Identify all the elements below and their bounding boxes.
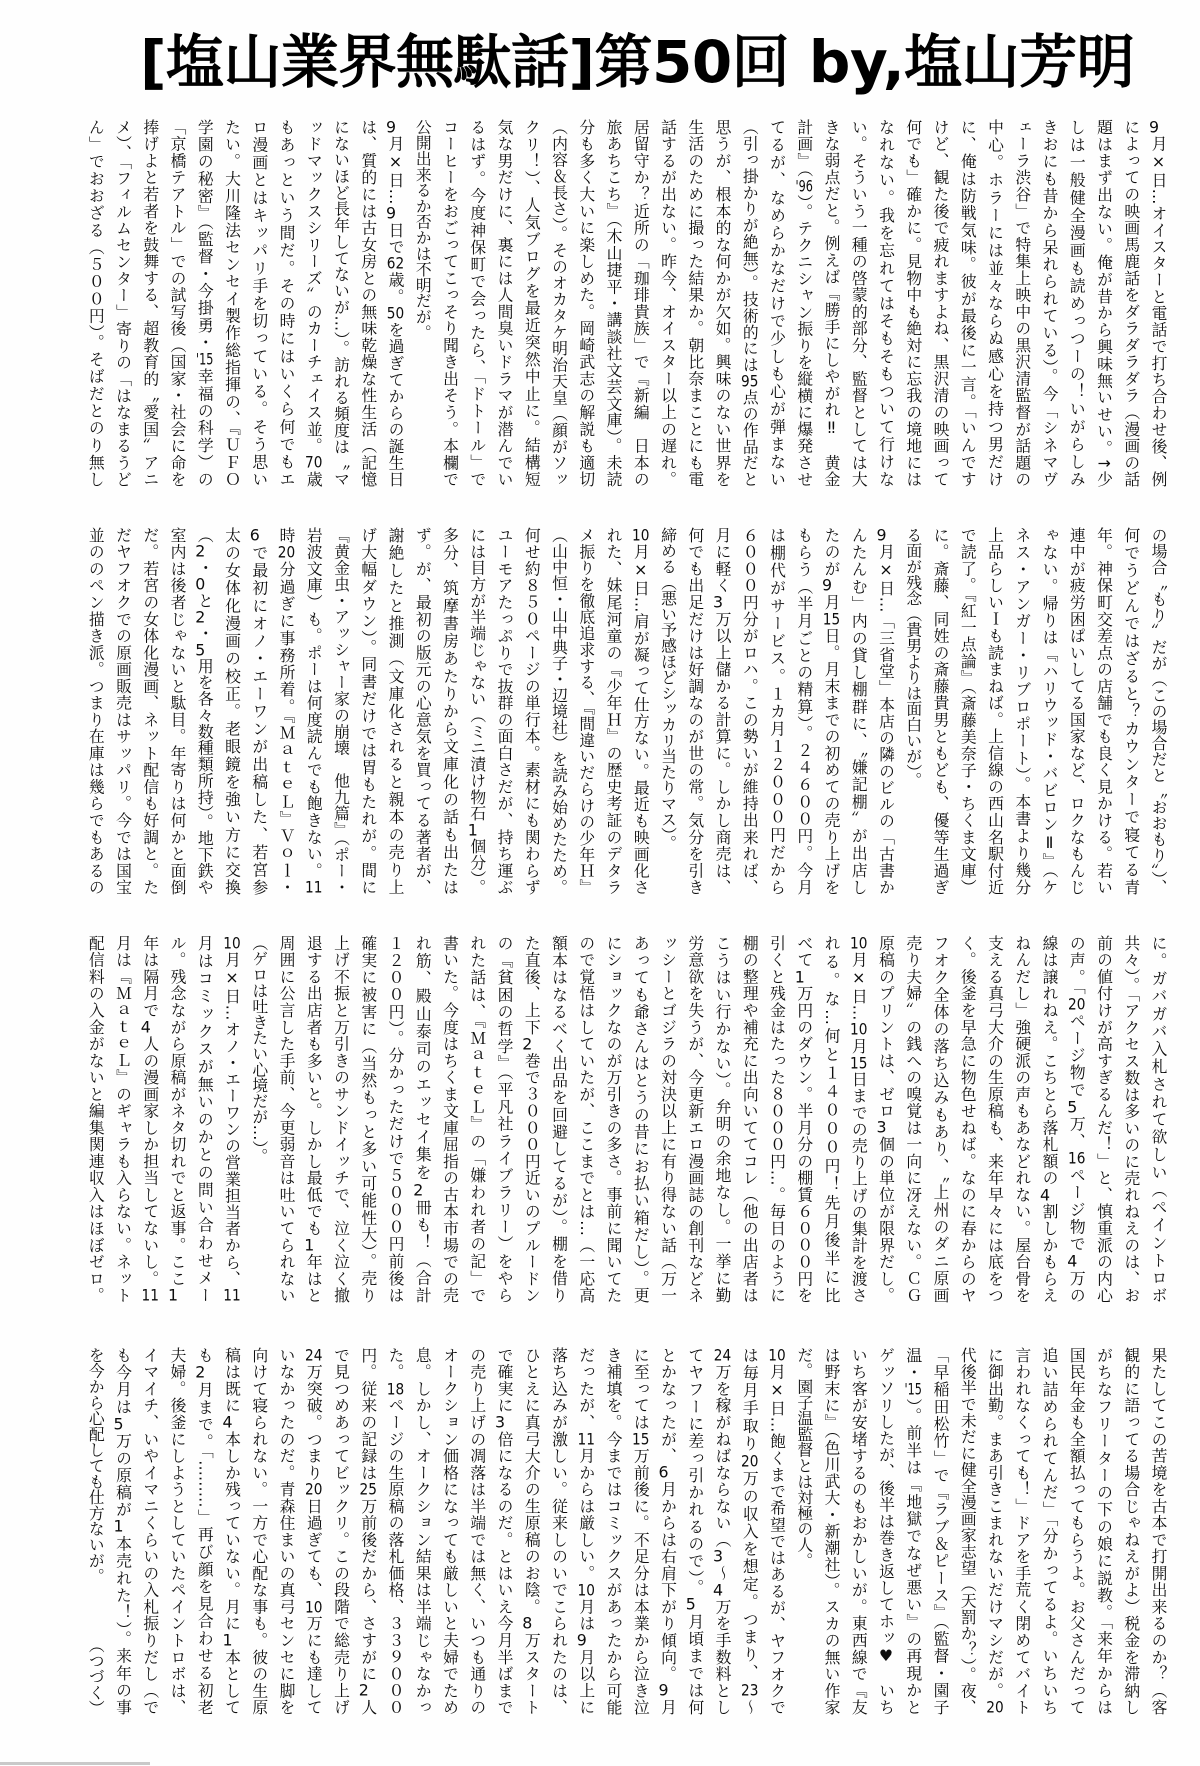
text-column: けど、観た後で疲れますよね、黒沢清の映画って [927, 119, 954, 487]
text-column: （山中恒・山中典子・辺境社）を読み始めたため。 [545, 527, 572, 895]
upright-number: 95 [740, 373, 759, 389]
text-column: 9月×日…オイスターと電話で打ち合わせ後、例 [1145, 119, 1172, 487]
text-column: 国民年金も全額払ってもらうよ。お父さんだって [1063, 1347, 1090, 1715]
upright-number: 23 [740, 1682, 759, 1700]
text-column: 原稿のプリントは、ゼロ3個の単位が限界だし。 [872, 935, 899, 1303]
upright-number: 2 [413, 1182, 432, 1200]
text-column: いなかったのだ。青森住まいの真弓センセに脚を [273, 1347, 300, 1715]
text-column: ネス・アンガー・リブロポート）。本書より幾分 [1009, 527, 1036, 895]
text-column: ので覚悟はしていたが、ここまでとは…（一応高 [573, 935, 600, 1303]
text-column: ユーモアたっぷりで抜群の面白さだが、持ち運ぶ [491, 527, 518, 895]
text-column: コーヒーをおごってこっそり聞き出そう。本欄で [436, 119, 463, 487]
upright-number: 1 [795, 969, 814, 986]
text-column: 学園の秘密』（監督・今掛勇・'15幸福の科学）の [191, 119, 218, 487]
upright-number: 0 [195, 576, 214, 592]
text-column: に至っては15万前後に。不足分は本業から泣き泣 [627, 1347, 654, 1715]
text-column: 多分、筑摩書房あたりから文庫化の話も出たは [436, 527, 463, 895]
text-column: 周囲に公言した手前、今更弱音は吐いてられない [273, 935, 300, 1303]
text-column: こうはい行かない）。弁明の余地なし。一挙に勤 [709, 935, 736, 1303]
upright-number: 20 [277, 544, 296, 561]
upright-number: 11 [577, 1431, 596, 1448]
text-column: 10月×日…肩が凝って仕方ない。最近も映画化さ [627, 527, 654, 895]
text-column: 24万を稼がねばならない（3～4万を手数料とし [709, 1347, 736, 1715]
text-column: 上品らしいＩも読まねば。上信線の西山名駅付近 [981, 527, 1008, 895]
upright-number: '15 [904, 1381, 923, 1398]
text-column: も2月まで。「………」再び顔を見合わせる初老 [191, 1347, 218, 1715]
text-column: 『黄金虫・アッシャー家の崩壊 他九篇』（ポー・ [327, 527, 354, 895]
upright-number: 5 [686, 1596, 705, 1613]
text-column: 退する出店者も多いと。しかし最低でも1年はと [300, 935, 327, 1303]
text-column: 共々）。「アクセス数は多いのに売れねえのは、お [1118, 935, 1145, 1303]
text-column: 旅あちこち』（木山捷平・講談社文芸文庫）。未読 [600, 119, 627, 487]
text-column: 果たしてこの苦境を古本で打開出来るのか？（客 [1145, 1347, 1172, 1715]
text-tier: に。ガバガバ入札されて欲しい（ペイントロボ 共々）。「アクセス数は多いのに売れね… [82, 935, 1172, 1303]
text-column: げ大幅ダウン）。同書だけでは胃もたれが。間に [355, 527, 382, 895]
text-column: れた話は、『ＭａｔｅＬ』の「嫌われ者の記」で [464, 935, 491, 1303]
text-column: 10月×日…飽くまで希望ではあるが、ヤフオクで [763, 1347, 790, 1715]
upright-number: 9 [386, 119, 405, 136]
text-column: は、質的には古女房との無味乾燥な性生活（記憶 [355, 119, 382, 487]
text-column: あっても爺さんはとうの昔にお払い箱だし）。更 [627, 935, 654, 1303]
text-column: とかなったが、6月からは右肩下がり傾向。9月 [654, 1347, 681, 1715]
text-column: は野末に』（色川武大・新潮社）。スカの無い作家 [818, 1347, 845, 1715]
text-column: 温・'15）。前半は『地獄でなぜ悪い』の再現かと [900, 1347, 927, 1715]
upright-number: 3 [713, 1548, 732, 1565]
text-column: 計画』（'96）。テクニシャン振りを縦横に爆発させ [791, 119, 818, 487]
text-column: に。ガバガバ入札されて欲しい（ペイントロボ [1145, 935, 1172, 1303]
text-column: 連中が疲労困ぱいしてる国家など、ロクなもんじ [1063, 527, 1090, 895]
upright-number: 3 [713, 594, 732, 611]
text-column: 題はまず出ない。俺が昔から興味無いせい。↑少 [1090, 119, 1117, 487]
upright-number: 9 [822, 577, 841, 594]
text-column: 話するが出ない。昨今、オイスター以上の遅れ。 [654, 119, 681, 487]
text-column: 前の値付けが高すぎるんだ！」と、慎重派の内心 [1090, 935, 1117, 1303]
text-column: の声。「20ページ物で5万、16ページ物で4万の [1063, 935, 1090, 1303]
text-column: もあっという間だ。その時にはいくら何でもエ [273, 119, 300, 487]
text-column: 代後半で未だに健全漫画家志望（天罰か？）。夜、 [954, 1347, 981, 1715]
text-column: の場合〝もり〟だが（この場合だと〝おおもり〟）、 [1145, 527, 1172, 895]
text-column: ゃない。帰りは『ハリウッド・バビロンⅡ』（ケ [1036, 527, 1063, 895]
text-column: た。18ページの生原稿の落札価格、３３９０００ [382, 1347, 409, 1715]
text-column: 「早稲田松竹」で『ラブ＆ピース』（監督・園子 [927, 1347, 954, 1715]
text-column: ん」でおおざる（５００円）。そばだとのり無し [82, 119, 109, 487]
text-column: てるが、なめらかなだけで少しも心が弾まない [763, 119, 790, 487]
text-column: きおにも昔から呆れられている）。今「シネマヴ [1036, 119, 1063, 487]
upright-number: 1 [223, 1632, 242, 1649]
upright-number: 5 [1067, 1099, 1086, 1116]
upright-number: 3 [877, 1119, 896, 1136]
text-column: きな弱点だと。例えば『勝手にしやがれ‼ 黄金 [818, 119, 845, 487]
text-column: 室内は後者じゃないと駄目。年寄りは何かと面倒 [164, 527, 191, 895]
upright-number: 2 [195, 543, 214, 559]
upright-number: 15 [631, 1431, 650, 1448]
upright-number: 62 [386, 255, 405, 272]
text-column: 太の女体化漫画の校正。老眼鏡を強い方に交換 [218, 527, 245, 895]
text-column: だ。園子温監督とは対極の人。 [791, 1347, 818, 1715]
upright-number: 20 [986, 1699, 1005, 1715]
text-tier: の場合〝もり〟だが（この場合だと〝おおもり〟）、 何でうどんではざると？カウンタ… [82, 527, 1172, 895]
text-column: ル。残念ながら原稿がネタ切れでと返事。ここ1 [164, 935, 191, 1303]
magazine-page: [塩山業界無駄話]第50回 by,塩山芳明 9月×日…オイスターと電話で打ち合わ… [0, 0, 1200, 1766]
upright-number: 24 [304, 1347, 323, 1364]
text-column: れ筋、殿山泰司のエッセイ集を2冊も！（合計 [409, 935, 436, 1303]
text-column: 公開出来るか否かは不明だが。 [409, 119, 436, 487]
upright-number: 6 [659, 1464, 678, 1481]
upright-number: 9 [877, 527, 896, 544]
text-column: れる。な…何と１４０００円！先月後半に比 [818, 935, 845, 1303]
text-column: 時20分過ぎに事務所着。『ＭａｔｅＬ』Ｖｏｌ・ [273, 527, 300, 895]
upright-number: 4 [223, 1414, 242, 1431]
upright-number: 11 [304, 879, 323, 895]
upright-number: 18 [386, 1381, 405, 1398]
upright-number: 10 [304, 1599, 323, 1616]
text-column: で見つめあってビックリ。この段階で総売り上げ [327, 1347, 354, 1715]
text-column: 生活のために撮った結果か。朝比奈まことにも電 [682, 119, 709, 487]
upright-number: 5 [114, 1416, 133, 1433]
text-column: だったが、11月からは厳しい。10月は9月以上に [573, 1347, 600, 1715]
text-column: 何でも出足だけは好調なのが世の常。気分を引き [682, 527, 709, 895]
text-column: 夫婦。後釜にしようとしていたペイントロボは、 [164, 1347, 191, 1715]
text-column: ロ漫画とはキッパリ手を切っている。そう思い [246, 119, 273, 487]
text-column: 書いた。今度はちくま文庫屈指の古本市場での売 [436, 935, 463, 1303]
text-column: 6で最初にオノ・エーワンが出稿した、若宮参 [246, 527, 273, 895]
text-column: 24万突破。つまり20日過ぎても、10万にも達して [300, 1347, 327, 1715]
text-column: 線は譲れねえ。こちとら落札額の4割しかもらえ [1036, 935, 1063, 1303]
text-column: 稿は既に4本しか残っていない。月に1本として [218, 1347, 245, 1715]
text-column: で確実に3倍になるのだ。とはいえ今月半ばまで [491, 1347, 518, 1715]
text-column: 年。神保町交差点の店舗でも良く見かける。若い [1090, 527, 1117, 895]
text-column: 9月×日…9日で62歳。50を過ぎてからの誕生日 [382, 119, 409, 487]
text-column: いち客が安堵するのもおかしいが。東西線で『友 [845, 1347, 872, 1715]
text-tier: 果たしてこの苦境を古本で打開出来るのか？（客 観的に語ってる場合じゃねえがよ）税… [82, 1347, 1172, 1715]
text-column: 10月×日…オノ・エーワンの営業担当者から、11 [218, 935, 245, 1303]
text-column: の売り上げの凋落は半端では無く、いつも通りの [464, 1347, 491, 1715]
text-tier: 9月×日…オイスターと電話で打ち合わせ後、例 によっての映画馬鹿話をダラダラダラ… [82, 119, 1172, 487]
text-column: 向けて寝られない。一方で心配な事も。彼の生原 [246, 1347, 273, 1715]
text-column: い。そういう一種の啓蒙的部分、監督としては大 [845, 119, 872, 487]
text-column: 支える真弓大介の生原稿も、来年早々には底をつ [981, 935, 1008, 1303]
text-column: たのが9月15日。月末までの初めての売り上げを [818, 527, 845, 895]
scan-edge-line [0, 1762, 150, 1765]
upright-number: 1 [168, 1287, 187, 1303]
upright-number: 11 [223, 1287, 242, 1303]
upright-number: 11 [141, 1287, 160, 1303]
text-column: で読了。『紅一点論』（斎藤美奈子・ちくま文庫） [954, 527, 981, 895]
text-column: 年は隔月で4人の漫画家しか担当してないし。11 [137, 935, 164, 1303]
text-column: ず。が、最初の版元の心意気を買ってる著者が、 [409, 527, 436, 895]
text-column: の『貧困の哲学』（平凡社ライブラリー）をやら [491, 935, 518, 1303]
text-column: 何でうどんではざると？カウンターで寝てる青 [1118, 527, 1145, 895]
text-column: （引っ掛かりが絶無）。技術的には95点の作品だと [736, 119, 763, 487]
upright-number: 4 [1067, 1253, 1086, 1270]
text-column: オークション価格になっても厳しいと夫婦でため [436, 1347, 463, 1715]
text-column: 月に軽く3万以上儲かる計算に。しかし商売は、 [709, 527, 736, 895]
upright-number: 10 [849, 935, 868, 952]
text-column: 気な男だけに、裏には人間臭いドラマが潜んでい [491, 119, 518, 487]
upright-number: 15 [822, 611, 841, 628]
upright-number: 15 [849, 1055, 868, 1072]
upright-number: 10 [768, 1347, 787, 1364]
text-column: にショックなのが万引きの多さ。事前に聞いてた [600, 935, 627, 1303]
text-column: 落ち込みが激しい。従来しのいでこられたのは、 [545, 1347, 572, 1715]
text-column: に御出勤。まあ引きこまれないだけマシだが。20 [981, 1347, 1008, 1715]
text-column: 9月×日…「三省堂」本店の隣のビルの「古書か [872, 527, 899, 895]
text-column: （ゲロは吐きたい心境だが…）。 [246, 935, 273, 1303]
text-column: 岩波文庫）も。ポーは何度読んでも飽きない。11 [300, 527, 327, 895]
text-column: 額本はなるべく出品を回避してるが）。棚を借り [545, 935, 572, 1303]
upright-number: 5 [195, 642, 214, 658]
text-column: なれない。我を忘れてはそもそもついて行けな [872, 119, 899, 487]
upright-number: 20 [740, 1453, 759, 1471]
upright-number: 10 [223, 935, 242, 952]
text-column: ねんだし」強硬派の声もあなどれない。屋台骨を [1009, 935, 1036, 1303]
text-column: 上げ不振と万引きのサンドイッチで、泣く泣く撤 [327, 935, 354, 1303]
text-column: 並ののペン描き派。つまり在庫は幾らでもあるの [82, 527, 109, 895]
text-column: しは一般健全漫画も読めっつーの！いがらしみ [1063, 119, 1090, 487]
text-column: も今月は5万の原稿が1本売れた！）。来年の事 [109, 1347, 136, 1715]
text-column: たい。大川隆法センセイ製作総指揮の、『ＵＦＯ [218, 119, 245, 487]
text-column: もらう（半月ごとの精算）。２４６００円。今月 [791, 527, 818, 895]
text-column: 締める（悪い予感ほどシッカリ当たりマス）。 [654, 527, 681, 895]
text-column: 月はコミックスが無いのかとの問い合わせメー [191, 935, 218, 1303]
text-column: 円。従来の記録は25万前後だから、さすがに2人 [355, 1347, 382, 1715]
upright-number: 4 [141, 1019, 160, 1036]
upright-number: 16 [1067, 1150, 1086, 1167]
upright-number: 20 [1067, 996, 1086, 1013]
text-column: 「京橋テアトル」での試写後（国家・社会に命を [164, 119, 191, 487]
text-column: に、俺は防戦気味。彼が最後に一言。「いんです [954, 119, 981, 487]
upright-number: '96 [795, 178, 814, 195]
upright-number: 9 [386, 204, 405, 221]
text-column: 引くと残金はたった８０００円…。毎日のように [763, 935, 790, 1303]
text-column: に。斎藤、同姓の斎藤貴男ともども、優等生過ぎ [927, 527, 954, 895]
text-column: 思うが、根本的な何かが欠如。興味のない世界を [709, 119, 736, 487]
upright-number: 20 [304, 1481, 323, 1498]
text-column: は毎月手取り20万の収入を想定。つまり、23～ [736, 1347, 763, 1715]
text-column: れた、妹尾河童の『少年Ｈ』の歴史考証のデタラ [600, 527, 627, 895]
text-column: 息。しかし、オークション結果は半端じゃなかっ [409, 1347, 436, 1715]
text-column: にないほど長年してないが…）。訪れる頻度は〝マ [327, 119, 354, 487]
text-column: 捧げよと若者を鼓舞する、超教育的〝愛国〟アニ [137, 119, 164, 487]
text-column: る面が残念（貴男よりは面白いが）。 [900, 527, 927, 895]
upright-number: 9 [659, 1682, 678, 1699]
text-column: 確実に被害に（当然もっと多い可能性大）。売り [355, 935, 382, 1303]
text-column: には目方が半端じゃない（ミニ漬け物石1個分）。 [464, 527, 491, 895]
text-column: 月は『ＭａｔｅＬ』のギャラも入らない。ネット [109, 935, 136, 1303]
text-column: 10月×日…10月15日までの売り上げの集計を渡さ [845, 935, 872, 1303]
text-column: 何せ約８５０ページの単行本。素材にも関わらず [518, 527, 545, 895]
text-column: イマイチ、いやイマニくらいの入札振りだし（で [137, 1347, 164, 1715]
text-column: だ。若宮の女体化漫画、ネット配信も好調と。た [137, 527, 164, 895]
text-column: 配信料の入金がないと編集関連収入はほぼゼロ。 [82, 935, 109, 1303]
text-column: き補填を。今まではコミックスがあったから可能 [600, 1347, 627, 1715]
text-column: く。後釜を早急に物色せねば。なのに春からのヤ [954, 935, 981, 1303]
upright-number: 2 [359, 1682, 378, 1699]
text-column: フオク全体の落ち込みもあり、〝上州のダニ原画 [927, 935, 954, 1303]
upright-number: 1 [468, 822, 487, 838]
text-column: （内容＆長さ）。そのオカタケ明治天皇（顔がソッ [545, 119, 572, 487]
upright-number: 2 [195, 1364, 214, 1381]
text-column: た直後、上下2巻で３０００円近いのプルードン [518, 935, 545, 1303]
upright-number: 2 [195, 609, 214, 625]
text-column: ゲッソリしたが、後半は巻き返してホッ♥ いち [872, 1347, 899, 1715]
upright-number: 50 [386, 305, 405, 322]
article-title: [塩山業界無駄話]第50回 by,塩山芳明 [140, 24, 1134, 100]
text-column: んたんむ」内の貸し棚群に、〝嫌記棚〟が出店し [845, 527, 872, 895]
text-column: 謝絶したと推測（文庫化されると親本の売り上 [382, 527, 409, 895]
upright-number: 10 [849, 1020, 868, 1037]
upright-number: 4 [713, 1582, 732, 1599]
text-column: 追い詰められてんだ」「分かってるよ。いちいち [1036, 1347, 1063, 1715]
text-column: ッシーとゴジラの対決以上に有り得ない話（万一 [654, 935, 681, 1303]
text-column: 分も多く大いに楽しめた。岡崎武志の解説も適切 [573, 119, 600, 487]
text-column: メ振りを徹底追求する、『間違いだらけの少年Ｈ』 [573, 527, 600, 895]
upright-number: 10 [577, 1582, 596, 1599]
text-column: は棚代がサービス。１カ月１２０００円だから [763, 527, 790, 895]
upright-number: 6 [250, 527, 269, 545]
text-column: ひとえに真弓大介の生原稿のお陰。8万スタート [518, 1347, 545, 1715]
text-column: １２００円）。分かっただけで５０００円前後は [382, 935, 409, 1303]
text-column: ッドマックスシリーズ〟のカーチェイス並。70歳 [300, 119, 327, 487]
text-column: メ）、「フィルムセンター」寄りの「はなまるうど [109, 119, 136, 487]
upright-number: '15 [195, 351, 214, 368]
text-column: だヤフオクでの原画販売はサッパリ。今では国宝 [109, 527, 136, 895]
text-column: るはず。今度神保町で会ったら、「ドトール」で [464, 119, 491, 487]
text-column: 居留守か？近所の「珈琲貴族」で『新編 日本の [627, 119, 654, 487]
text-column: ェーラ渋谷」で特集上映中の黒沢清監督が話題の [1009, 119, 1036, 487]
text-column: 棚の整理や補充に出向いててコレ（他の出店者は [736, 935, 763, 1303]
upright-number: 70 [304, 454, 323, 471]
upright-number: 24 [713, 1347, 732, 1364]
text-column: てヤフーに差っ引かれるので）。5月頃までは何 [682, 1347, 709, 1715]
text-column: （2・0と2・5用を各々数種類所持）。地下鉄や [191, 527, 218, 895]
text-column: によっての映画馬鹿話をダラダラダラ（漫画の話 [1118, 119, 1145, 487]
upright-number: 9 [1149, 119, 1168, 136]
upright-number: 9 [577, 1632, 596, 1649]
upright-number: 4 [1040, 1187, 1059, 1204]
text-column: がちなフリーターの下の娘に説教。「来年からは [1090, 1347, 1117, 1715]
upright-number: 25 [359, 1481, 378, 1498]
upright-number: 8 [522, 1615, 541, 1632]
text-column: 何でも」確かに。見物中も絶対に忘我の境地には [900, 119, 927, 487]
upright-number: 1 [114, 1518, 133, 1535]
text-column: 労意欲を失うが、今更新エロ漫画誌の創刊などネ [682, 935, 709, 1303]
upright-number: 3 [495, 1414, 514, 1431]
text-column: ６０００円分がロハ。この勢いが維持出来れば、 [736, 527, 763, 895]
text-column: 観的に語ってる場合じゃねえがよ）税金を滞納し [1118, 1347, 1145, 1715]
text-column: 言われなくっても！」ドアを手荒く閉めてバイト [1009, 1347, 1036, 1715]
upright-number: 2 [522, 1036, 541, 1053]
continued-label: （つづく） [82, 1630, 109, 1716]
text-column: べて1万円のダウン。半月分の棚賃６０００円を [791, 935, 818, 1303]
upright-number: 10 [631, 527, 650, 544]
upright-number: 1 [304, 1237, 323, 1254]
text-column: 売り夫婦〟の銭への嗅覚は一向に冴えない。ＣＧ [900, 935, 927, 1303]
text-column: 中心。ホラーには並々ならぬ感心を持つ男だけ [981, 119, 1008, 487]
text-column: クリ！）、人気ブログを最近突然中止に。結構短 [518, 119, 545, 487]
